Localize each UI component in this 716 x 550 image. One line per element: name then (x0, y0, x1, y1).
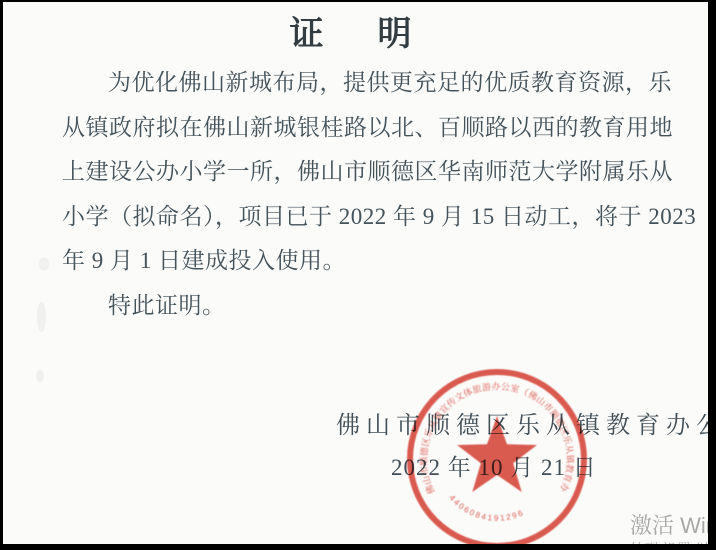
body-line: 从镇政府拟在佛山新城银桂路以北、百顺路以西的教育用地 (62, 106, 650, 151)
svg-text:4406084191296: 4406084191296 (447, 493, 526, 522)
scan-artifact (39, 257, 49, 271)
scan-artifact (37, 302, 46, 332)
windows-activation-watermark: 激活 Windows 转到“设置”以激活 Windows。 (630, 512, 708, 544)
body-line: 上建设公办小学一所，佛山市顺德区华南师范大学附属乐从 (62, 150, 650, 195)
document-body: 为优化佛山新城布局，提供更充足的优质教育资源，乐 从镇政府拟在佛山新城银桂路以北… (62, 61, 650, 328)
watermark-line2: 转到“设置”以激活 Windows。 (630, 540, 708, 544)
seal-star-icon (457, 416, 537, 492)
document-page: 证 明 为优化佛山新城布局，提供更充足的优质教育资源，乐 从镇政府拟在佛山新城银… (3, 2, 708, 544)
seal-code: 4406084191296 (447, 493, 526, 522)
closing-line: 特此证明。 (62, 284, 650, 329)
watermark-line1: 激活 Windows (630, 512, 708, 540)
body-line: 为优化佛山新城布局，提供更充足的优质教育资源，乐 (62, 61, 650, 106)
body-line: 小学（拟命名），项目已于 2022 年 9 月 15 日动工，将于 2023 (62, 195, 650, 240)
official-seal-stamp: 佛山市顺德区乐从镇宣传文体旅游办公室（佛山市顺德区乐从镇教育办公室） 44060… (401, 363, 593, 544)
body-line: 年 9 月 1 日建成投入使用。 (62, 239, 650, 284)
document-title: 证 明 (3, 6, 708, 55)
scan-artifact (36, 370, 44, 382)
